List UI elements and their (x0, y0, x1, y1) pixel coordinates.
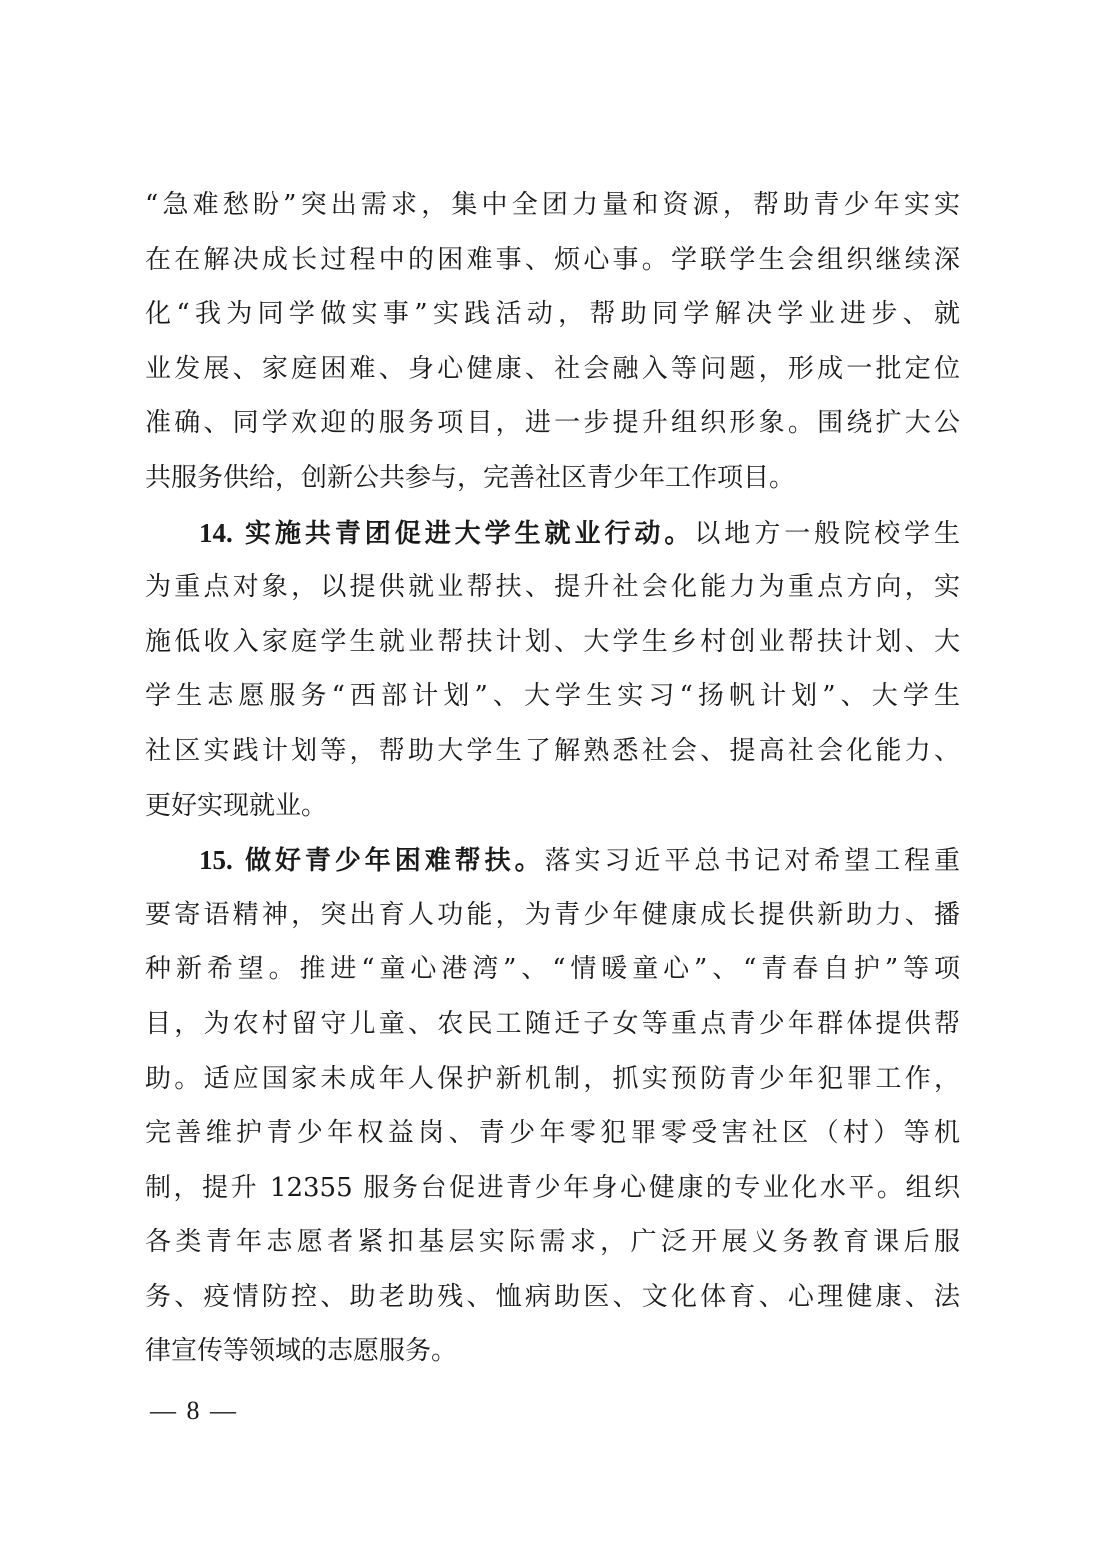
text-line: 共服务供给，创新公共参与，完善社区青少年工作项目。 (145, 451, 960, 506)
paragraph-item-15: 15. 做好青少年困难帮扶。落实习近平总书记对希望工程重 要寄语精神，突出育人功… (145, 833, 960, 1379)
item-number: 14. (199, 518, 233, 548)
text-line: 目，为农村留守儿童、农民工随迁子女等重点青少年群体提供帮 (145, 997, 960, 1052)
item-text: 以地方一般院校学生 (694, 519, 960, 549)
text-line: 社区实践计划等，帮助大学生了解熟悉社会、提高社会化能力、 (145, 724, 960, 779)
text-line: 种新希望。推进“童心港湾”、“情暖童心”、“青春自护”等项 (145, 942, 960, 997)
paragraph-continuation: “急难愁盼”突出需求，集中全团力量和资源，帮助青少年实实 在在解决成长过程中的困… (145, 178, 960, 506)
text-line: 各类青年志愿者紧扣基层实际需求，广泛开展义务教育课后服 (145, 1215, 960, 1270)
paragraph-item-14: 14. 实施共青团促进大学生就业行动。以地方一般院校学生 为重点对象，以提供就业… (145, 506, 960, 834)
text-line: 施低收入家庭学生就业帮扶计划、大学生乡村创业帮扶计划、大 (145, 615, 960, 670)
text-line: 助。适应国家未成年人保护新机制，抓实预防青少年犯罪工作， (145, 1052, 960, 1107)
text-line: 完善维护青少年权益岗、青少年零犯罪零受害社区（村）等机 (145, 1106, 960, 1161)
text-line: 化“我为同学做实事”实践活动，帮助同学解决学业进步、就 (145, 287, 960, 342)
text-line: 务、疫情防控、助老助残、恤病助医、文化体育、心理健康、法 (145, 1270, 960, 1325)
body-text: “急难愁盼”突出需求，集中全团力量和资源，帮助青少年实实 在在解决成长过程中的困… (145, 178, 960, 1379)
text-line: 制，提升 12355 服务台促进青少年身心健康的专业化水平。组织 (145, 1161, 960, 1216)
paragraph-first-line: 15. 做好青少年困难帮扶。落实习近平总书记对希望工程重 (145, 833, 960, 888)
text-line: 准确、同学欢迎的服务项目，进一步提升组织形象。围绕扩大公 (145, 396, 960, 451)
text-line: 律宣传等领域的志愿服务。 (145, 1324, 960, 1379)
paragraph-first-line: 14. 实施共青团促进大学生就业行动。以地方一般院校学生 (145, 506, 960, 561)
text-line: 业发展、家庭困难、身心健康、社会融入等问题，形成一批定位 (145, 342, 960, 397)
text-line: 为重点对象，以提供就业帮扶、提升社会化能力为重点方向，实 (145, 560, 960, 615)
item-heading: 做好青少年困难帮扶。 (245, 846, 545, 876)
item-heading: 实施共青团促进大学生就业行动。 (245, 519, 694, 549)
document-page: “急难愁盼”突出需求，集中全团力量和资源，帮助青少年实实 在在解决成长过程中的困… (0, 0, 1102, 1559)
page-number: — 8 — (150, 1396, 238, 1426)
text-line: “急难愁盼”突出需求，集中全团力量和资源，帮助青少年实实 (145, 178, 960, 233)
text-line: 要寄语精神，突出育人功能，为青少年健康成长提供新助力、播 (145, 888, 960, 943)
text-line: 在在解决成长过程中的困难事、烦心事。学联学生会组织继续深 (145, 233, 960, 288)
text-line: 学生志愿服务“西部计划”、大学生实习“扬帆计划”、大学生 (145, 669, 960, 724)
text-line: 更好实现就业。 (145, 779, 960, 834)
item-text: 落实习近平总书记对希望工程重 (545, 846, 960, 876)
item-number: 15. (199, 845, 233, 875)
